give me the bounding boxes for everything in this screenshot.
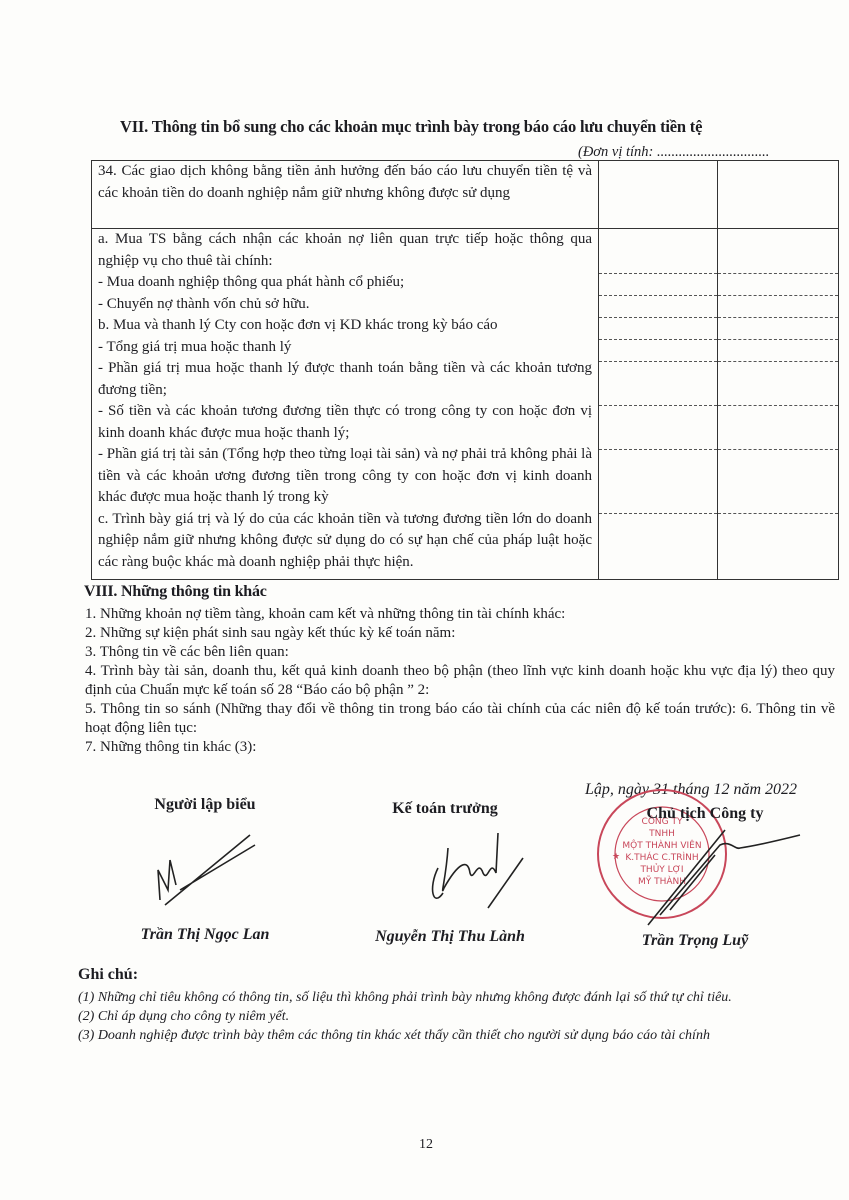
details-current-year	[599, 229, 718, 580]
cash-flow-supplement-table: 34. Các giao dịch không bằng tiền ảnh hư…	[91, 160, 839, 580]
item-b: b. Mua và thanh lý Cty con hoặc đơn vị K…	[98, 315, 592, 337]
item-b-3: - Số tiền và các khoản tương đương tiền …	[98, 401, 592, 444]
section-7-title: VII. Thông tin bổ sung cho các khoản mục…	[120, 117, 702, 137]
note-item: (3) Doanh nghiệp được trình bày thêm các…	[78, 1026, 838, 1045]
item-b-2: - Phần giá trị mua hoặc thanh lý được th…	[98, 358, 592, 401]
note-item: (1) Những chỉ tiêu không có thông tin, s…	[78, 988, 838, 1007]
row-34-current-year	[599, 161, 718, 229]
list-item: 1. Những khoản nợ tiềm tàng, khoản cam k…	[85, 605, 835, 624]
item-a: a. Mua TS bằng cách nhận các khoản nợ li…	[98, 229, 592, 272]
item-b-4: - Phần giá trị tài sản (Tổng hợp theo từ…	[98, 444, 592, 509]
list-item: 4. Trình bày tài sản, doanh thu, kết quả…	[85, 662, 835, 700]
item-b-1: - Tổng giá trị mua hoặc thanh lý	[98, 337, 592, 359]
unit-label: (Đơn vị tính: ..........................…	[578, 144, 769, 161]
item-a-2: - Chuyển nợ thành vốn chủ sở hữu.	[98, 294, 592, 316]
preparer-signature-icon	[140, 830, 270, 910]
details-prior-year	[718, 229, 839, 580]
chairman-signature-icon	[640, 820, 810, 930]
chief-accountant-name: Nguyễn Thị Thu Lành	[355, 928, 545, 946]
table-row: 34. Các giao dịch không bằng tiền ảnh hư…	[92, 161, 839, 229]
chief-accountant-title: Kế toán trưởng	[360, 800, 530, 818]
item-c: c. Trình bày giá trị và lý do của các kh…	[98, 509, 592, 574]
list-item: 7. Những thông tin khác (3):	[85, 738, 835, 757]
list-item: 3. Thông tin về các bên liên quan:	[85, 643, 835, 662]
preparer-name: Trần Thị Ngọc Lan	[115, 926, 295, 944]
list-item: 2. Những sự kiện phát sinh sau ngày kết …	[85, 624, 835, 643]
item-a-1: - Mua doanh nghiệp thông qua phát hành c…	[98, 272, 592, 294]
chairman-name: Trần Trọng Luỹ	[610, 932, 780, 950]
row-details-label: a. Mua TS bằng cách nhận các khoản nợ li…	[92, 229, 599, 580]
notes-title: Ghi chú:	[78, 966, 138, 984]
chief-accountant-signature-icon	[418, 828, 528, 918]
notes-list: (1) Những chỉ tiêu không có thông tin, s…	[78, 988, 838, 1045]
row-34-prior-year	[718, 161, 839, 229]
svg-text:★: ★	[612, 852, 620, 862]
table-row: a. Mua TS bằng cách nhận các khoản nợ li…	[92, 229, 839, 580]
section-8-title: VIII. Những thông tin khác	[84, 583, 267, 601]
page-number: 12	[419, 1137, 433, 1153]
preparer-title: Người lập biểu	[120, 796, 290, 814]
row-34-label: 34. Các giao dịch không bằng tiền ảnh hư…	[92, 161, 599, 229]
list-item: 5. Thông tin so sánh (Những thay đổi về …	[85, 700, 835, 738]
note-item: (2) Chỉ áp dụng cho công ty niêm yết.	[78, 1007, 838, 1026]
section-8-list: 1. Những khoản nợ tiềm tàng, khoản cam k…	[85, 605, 835, 757]
